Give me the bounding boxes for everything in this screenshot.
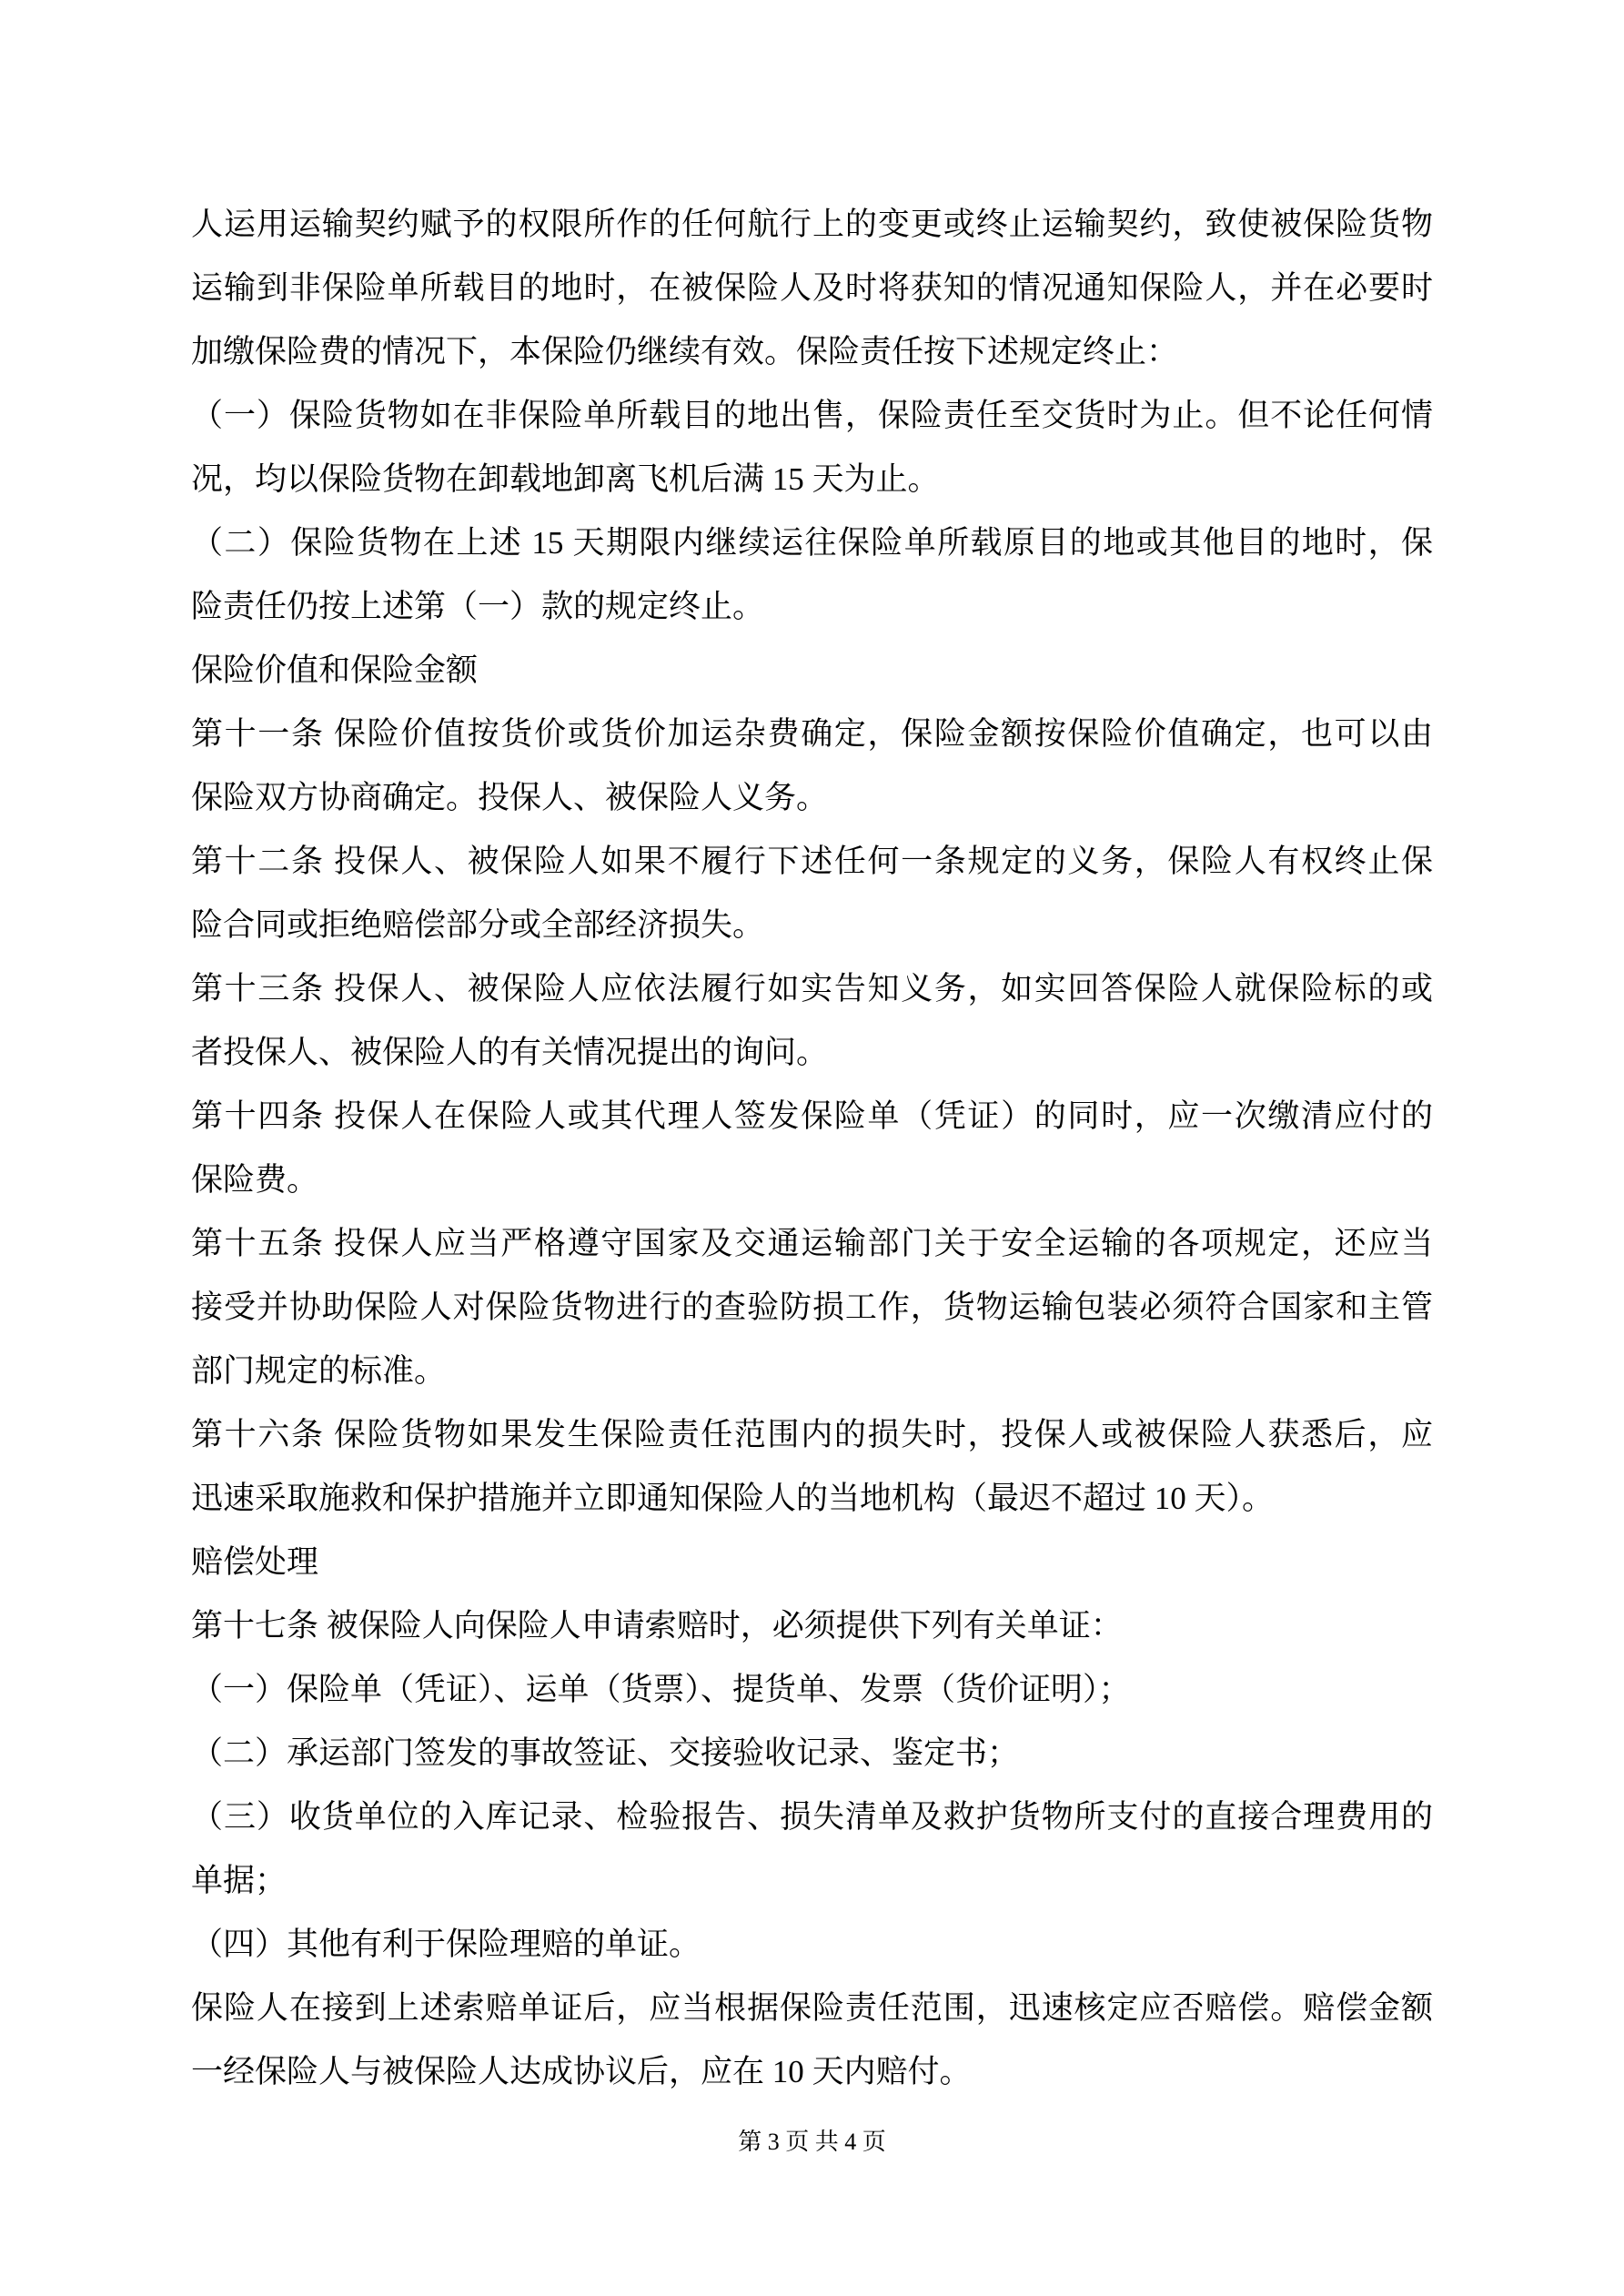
text-line: （一）保险单（凭证）、运单（货票）、提货单、发票（货价证明）； — [191, 1658, 1433, 1722]
text-line: 保险费。 — [191, 1148, 1433, 1212]
text-line: 保险人在接到上述索赔单证后，应当根据保险责任范围，迅速核定应否赔偿。赔偿金额 — [191, 1977, 1433, 2040]
text-line: （四）其他有利于保险理赔的单证。 — [191, 1913, 1433, 1977]
text-line: 一经保险人与被保险人达成协议后，应在 10 天内赔付。 — [191, 2040, 1433, 2104]
text-line: 人运用运输契约赋予的权限所作的任何航行上的变更或终止运输契约，致使被保险货物 — [191, 193, 1433, 257]
text-line: 部门规定的标准。 — [191, 1340, 1433, 1403]
text-line: 险责任仍按上述第（一）款的规定终止。 — [191, 575, 1433, 639]
document-page: 人运用运输契约赋予的权限所作的任何航行上的变更或终止运输契约，致使被保险货物运输… — [0, 0, 1624, 2296]
text-line: 第十一条 保险价值按货价或货价加运杂费确定，保险金额按保险价值确定，也可以由 — [191, 703, 1433, 766]
text-line: 运输到非保险单所载目的地时，在被保险人及时将获知的情况通知保险人，并在必要时 — [191, 257, 1433, 320]
text-line: （一）保险货物如在非保险单所载目的地出售，保险责任至交货时为止。但不论任何情 — [191, 384, 1433, 448]
text-line: 险合同或拒绝赔偿部分或全部经济损失。 — [191, 894, 1433, 957]
text-line: 第十四条 投保人在保险人或其代理人签发保险单（凭证）的同时，应一次缴清应付的 — [191, 1085, 1433, 1148]
text-line: 保险双方协商确定。投保人、被保险人义务。 — [191, 766, 1433, 830]
text-line: 第十七条 被保险人向保险人申请索赔时，必须提供下列有关单证： — [191, 1594, 1433, 1658]
text-line: （二）保险货物在上述 15 天期限内继续运往保险单所载原目的地或其他目的地时，保 — [191, 511, 1433, 575]
text-line: 保险价值和保险金额 — [191, 639, 1433, 703]
document-body: 人运用运输契约赋予的权限所作的任何航行上的变更或终止运输契约，致使被保险货物运输… — [191, 193, 1433, 2104]
text-line: 迅速采取施救和保护措施并立即通知保险人的当地机构（最迟不超过 10 天）。 — [191, 1467, 1433, 1531]
text-line: 赔偿处理 — [191, 1531, 1433, 1594]
text-line: 第十六条 保险货物如果发生保险责任范围内的损失时，投保人或被保险人获悉后，应 — [191, 1403, 1433, 1467]
page-number-text: 第 3 页 共 4 页 — [738, 2129, 886, 2155]
text-line: 第十五条 投保人应当严格遵守国家及交通运输部门关于安全运输的各项规定，还应当 — [191, 1212, 1433, 1276]
text-line: 加缴保险费的情况下，本保险仍继续有效。保险责任按下述规定终止： — [191, 320, 1433, 384]
text-line: 者投保人、被保险人的有关情况提出的询问。 — [191, 1021, 1433, 1085]
text-line: 接受并协助保险人对保险货物进行的查验防损工作，货物运输包装必须符合国家和主管 — [191, 1276, 1433, 1340]
text-line: 第十二条 投保人、被保险人如果不履行下述任何一条规定的义务，保险人有权终止保 — [191, 830, 1433, 894]
text-line: （二）承运部门签发的事故签证、交接验收记录、鉴定书； — [191, 1722, 1433, 1785]
text-line: 况，均以保险货物在卸载地卸离飞机后满 15 天为止。 — [191, 448, 1433, 511]
text-line: 单据； — [191, 1849, 1433, 1913]
text-line: 第十三条 投保人、被保险人应依法履行如实告知义务，如实回答保险人就保险标的或 — [191, 957, 1433, 1021]
text-line: （三）收货单位的入库记录、检验报告、损失清单及救护货物所支付的直接合理费用的 — [191, 1785, 1433, 1849]
page-footer: 第 3 页 共 4 页 — [0, 2128, 1624, 2157]
